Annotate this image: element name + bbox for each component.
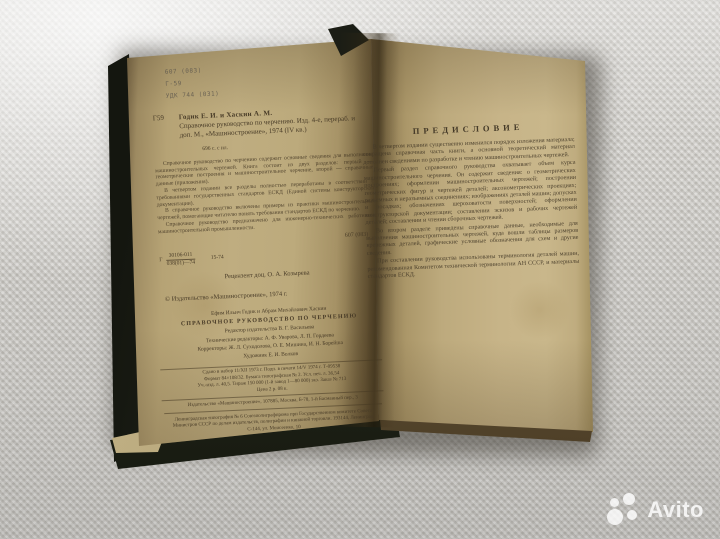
left-page-content: 607 (083) Г-59 УДК 744 (031) Г59 Годик Е… — [138, 45, 393, 438]
reviewer-line: Рецензент доц. О. А. Козырева — [148, 266, 386, 284]
bibliographic-entry: Годик Е. И. и Хаскин А. М. Справочное ру… — [179, 105, 356, 139]
avito-watermark: Avito — [607, 493, 704, 526]
copyright-line: © Издательство «Машиностроение», 1974 г. — [165, 286, 387, 303]
catalog-prefix: Г — [159, 257, 162, 263]
watermark-brand-text: Avito — [647, 497, 704, 523]
catalog-suffix: 15-74 — [211, 254, 224, 261]
avito-logo-icon — [607, 493, 641, 526]
title-block: Г59 Годик Е. И. и Хаскин А. М. Справочно… — [141, 104, 380, 141]
avito-dot — [607, 509, 623, 525]
credits-block: Ефим Ильич Годик и Абрам Михайлович Хаск… — [150, 302, 390, 365]
right-page-content: ПРЕДИСЛОВИЕ В четвертом издании существе… — [362, 120, 580, 283]
avito-dot — [623, 493, 635, 505]
avito-dot — [610, 498, 619, 507]
catalog-denominator: 038(01)—74 — [166, 259, 195, 267]
avito-dot — [627, 510, 637, 520]
photo-of-open-book: 607 (083) Г-59 УДК 744 (031) Г59 Годик Е… — [0, 0, 720, 539]
catalog-fraction: 30106-011 038(01)—74 — [166, 251, 195, 267]
collation-note: 696 с. с ил. — [202, 138, 380, 152]
preface-paragraph: Первый раздел справочного руководства ох… — [364, 160, 578, 227]
catalog-index-code: Г59 — [153, 113, 180, 140]
library-stamp: 607 (083) Г-59 УДК 744 (031) — [165, 57, 378, 103]
catalog-formula: Г 30106-011 038(01)—74 15-74 — [159, 243, 385, 268]
annotation-block: Справочное руководство по черчению содер… — [155, 151, 376, 236]
